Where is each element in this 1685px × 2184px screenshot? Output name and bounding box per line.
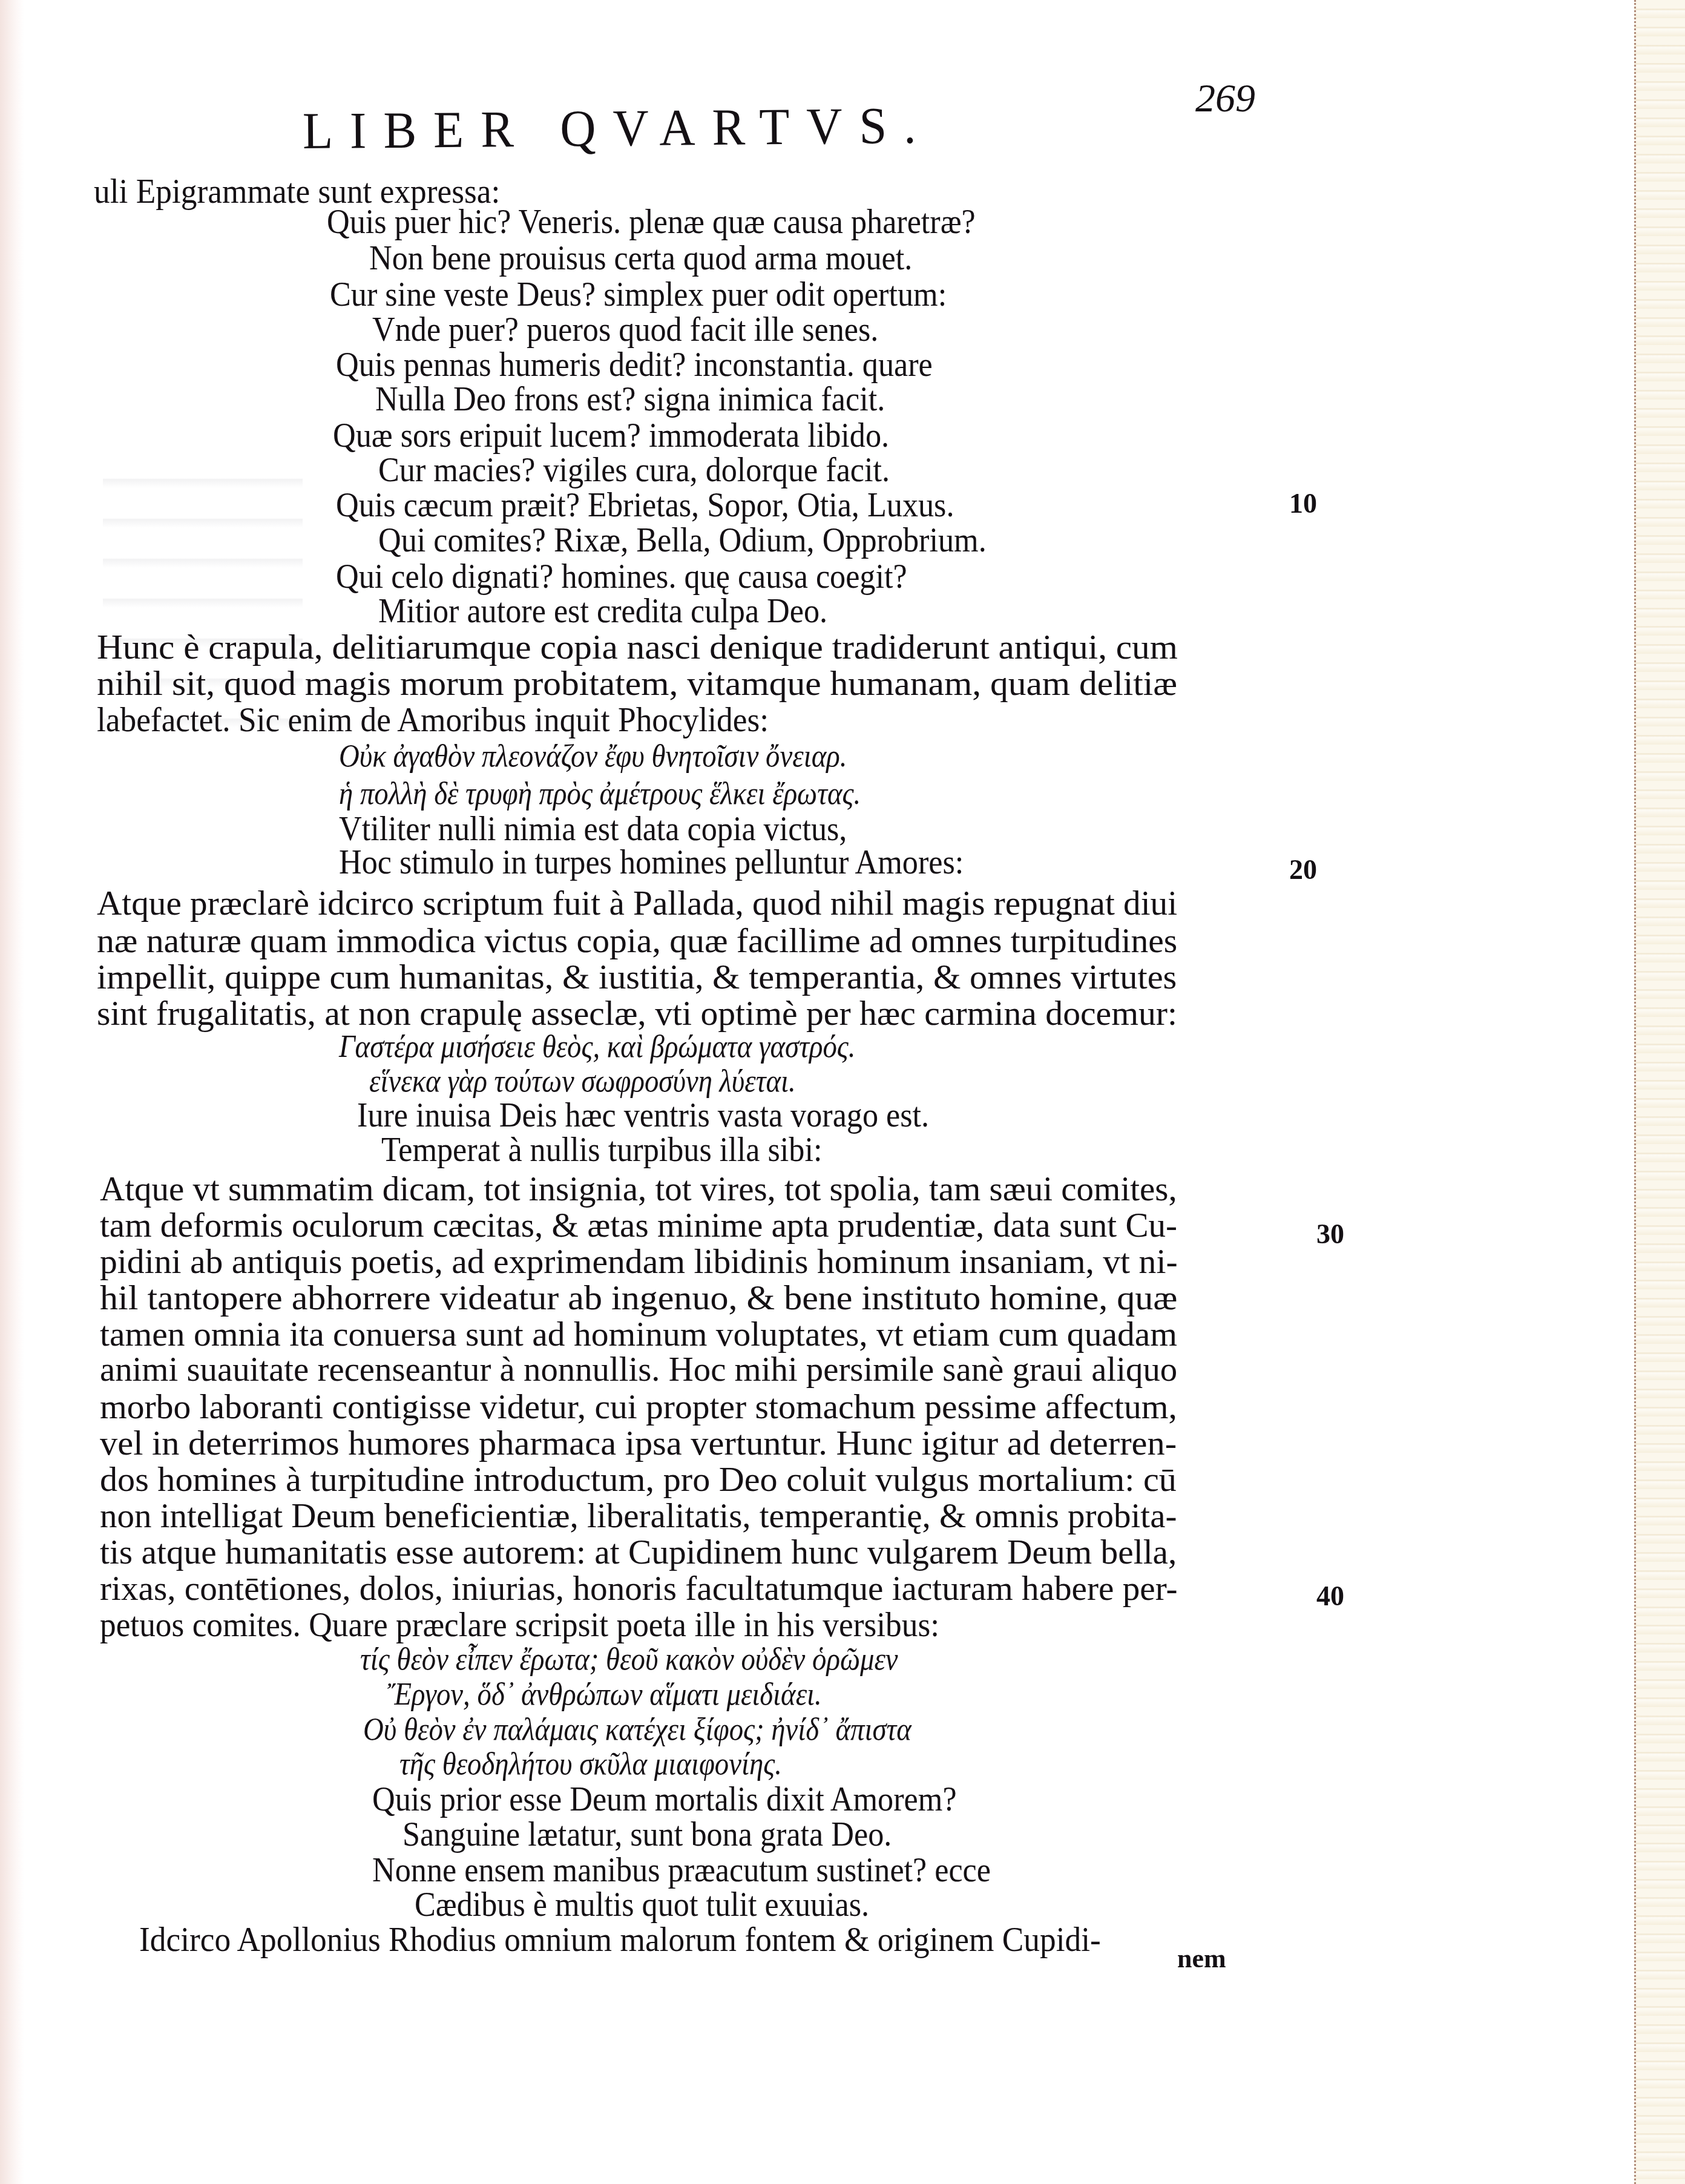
latin-verse-line: Temperat à nullis turpibus illa sibi: (381, 1129, 822, 1169)
prose-line: morbo laboranti contigisse videtur, cui … (100, 1386, 1177, 1427)
greek-verse-line: Γαστέρα μισήσειε θεὸς, καὶ βρώματα γαστρ… (339, 1029, 855, 1065)
catchword: nem (1177, 1943, 1226, 1974)
prose-line: Idcirco Apollonius Rhodius omnium maloru… (139, 1919, 1101, 1959)
latin-verse-line: Quis prior esse Deum mortalis dixit Amor… (372, 1778, 957, 1819)
greek-verse-line: Οὐκ ἀγαθὸν πλεονάζον ἔφυ θνητοῖσιν ὄνεια… (339, 738, 847, 774)
prose-line: Atque præclarè idcirco scriptum fuit à P… (97, 883, 1177, 923)
latin-verse-line: Cur sine veste Deus? simplex puer odit o… (330, 274, 947, 314)
latin-verse-line: Quis cæcum præit? Ebrietas, Sopor, Otia,… (336, 484, 954, 525)
latin-verse-line: Cur macies? vigiles cura, dolorque facit… (378, 449, 890, 490)
margin-line-number: 10 (1289, 487, 1317, 519)
prose-line: animi suauitate recenseantur à nonnullis… (100, 1349, 1177, 1389)
prose-line: nihil sit, quod magis morum probitatem, … (97, 663, 1177, 703)
greek-verse-line: τῆς θεοδηλήτου σκῦλα μιαιφονίης. (399, 1746, 782, 1782)
prose-line: næ naturæ quam immodica victus copia, qu… (97, 920, 1177, 961)
page-fore-edge (1634, 0, 1685, 2184)
prose-line: pidini ab antiquis poetis, ad exprimenda… (100, 1241, 1178, 1281)
latin-verse-line: Vnde puer? pueros quod facit ille senes. (372, 309, 878, 349)
greek-verse-line: Οὐ θεὸν ἐν παλάμαις κατέχει ξίφος; ἠνίδ᾽… (363, 1712, 911, 1748)
prose-line: tamen omnia ita conuersa sunt ad hominum… (100, 1314, 1177, 1354)
prose-line: sint frugalitatis, at non crapulę assecl… (97, 993, 1177, 1033)
prose-line: dos homines à turpitudine introductum, p… (100, 1459, 1177, 1499)
running-title: LIBER QVARTVS. (303, 96, 933, 161)
prose-line: rixas, contētiones, dolos, iniurias, hon… (100, 1568, 1178, 1608)
prose-line: petuos comites. Quare præclare scripsit … (100, 1604, 939, 1645)
prose-line: hil tantopere abhorrere videatur ab inge… (100, 1277, 1177, 1318)
latin-verse-line: Nulla Deo frons est? signa inimica facit… (375, 378, 885, 419)
latin-verse-line: Hoc stimulo in turpes homines pelluntur … (339, 841, 964, 882)
prose-line: labefactet. Sic enim de Amoribus inquit … (97, 699, 769, 740)
prose-line: vel in deterrimos humores pharmaca ipsa … (100, 1423, 1177, 1463)
book-page: LIBER QVARTVS. 269 uli Epigrammate sunt … (0, 0, 1634, 2184)
greek-verse-line: ἡ πολλὴ δὲ τρυφὴ πρὸς ἀμέτρους ἕλκει ἔρω… (339, 776, 861, 812)
prose-line: tis atque humanitatis esse autorem: at C… (100, 1531, 1177, 1572)
margin-line-number: 20 (1289, 854, 1317, 886)
latin-verse-line: Qui comites? Rixæ, Bella, Odium, Opprobr… (378, 519, 987, 560)
prose-line: Hunc è crapula, delitiarumque copia nasc… (97, 627, 1178, 667)
latin-verse-line: Mitior autore est credita culpa Deo. (378, 590, 827, 631)
page-number: 269 (1195, 76, 1255, 122)
latin-verse-line: Non bene prouisus certa quod arma mouet. (369, 237, 912, 278)
margin-line-number: 40 (1316, 1580, 1344, 1612)
latin-verse-line: Cædibus è multis quot tulit exuuias. (415, 1884, 869, 1924)
latin-verse-line: Quis puer hic? Veneris. plenæ quæ causa … (327, 201, 976, 242)
prose-line: tam deformis oculorum cæcitas, & ætas mi… (100, 1205, 1177, 1245)
greek-verse-line: Ἔργον, ὅδ᾽ ἀνθρώπων αἵματι μειδιάει. (387, 1677, 822, 1712)
greek-verse-line: τίς θεὸν εἶπεν ἔρωτα; θεοῦ κακὸν οὐδὲν ὁ… (360, 1642, 898, 1677)
latin-verse-line: Sanguine lætatur, sunt bona grata Deo. (402, 1814, 892, 1854)
prose-line: impellit, quippe cum humanitas, & iustit… (97, 956, 1177, 997)
margin-line-number: 30 (1316, 1218, 1344, 1250)
prose-line: Atque vt summatim dicam, tot insignia, t… (100, 1168, 1177, 1209)
prose-line: non intelligat Deum beneficientiæ, liber… (100, 1495, 1177, 1536)
